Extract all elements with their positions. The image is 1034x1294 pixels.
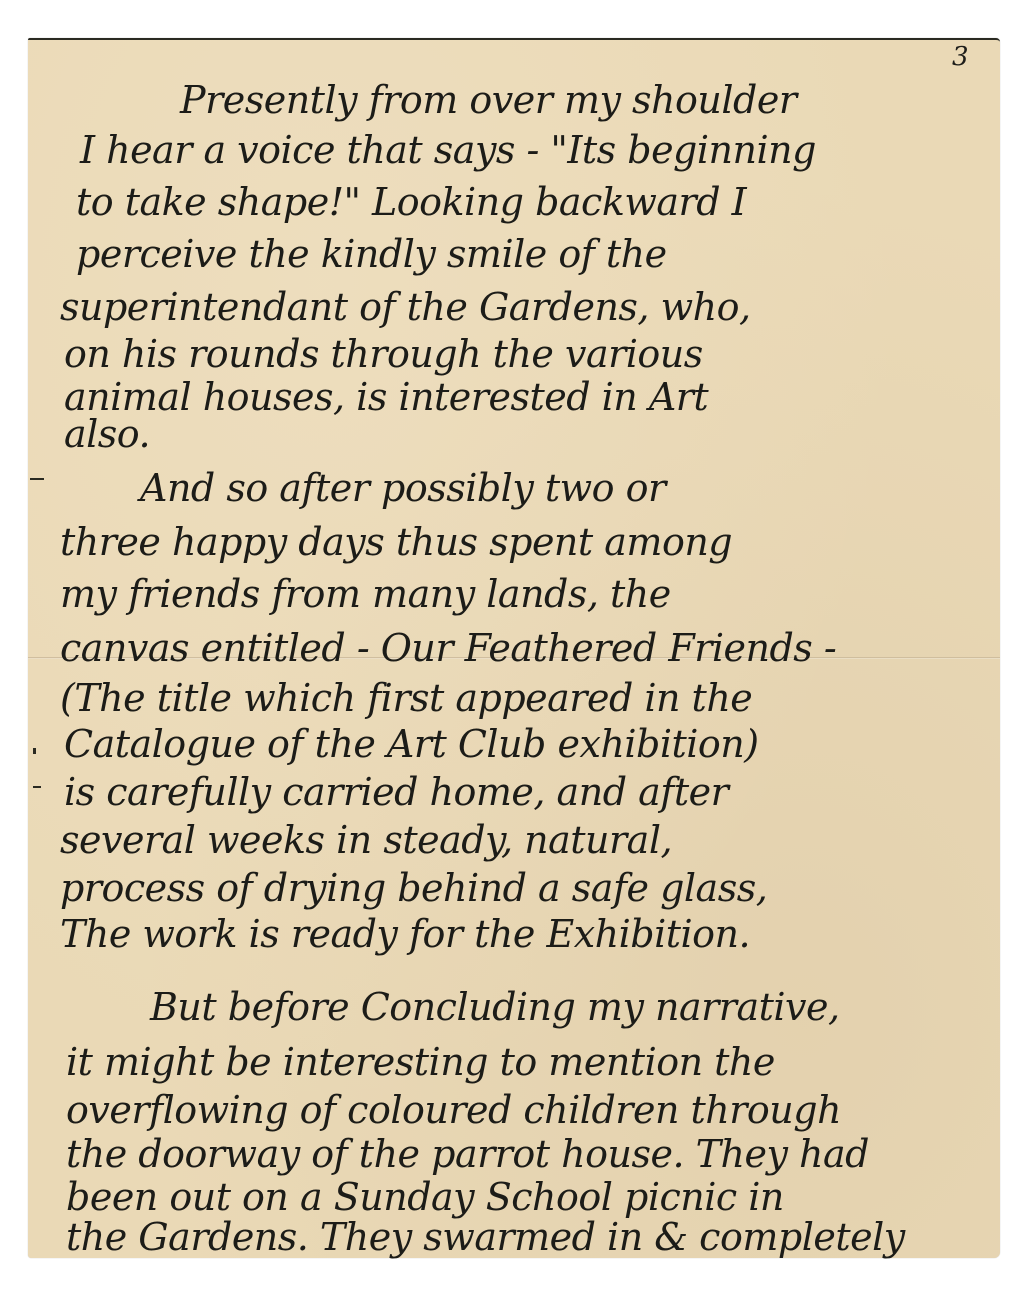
handwritten-line: superintendant of the Gardens, who,	[60, 285, 751, 329]
handwritten-line: I hear a voice that says - "Its beginnin…	[80, 128, 816, 172]
handwritten-line: on his rounds through the various	[64, 332, 703, 376]
handwritten-line: the doorway of the parrot house. They ha…	[66, 1132, 869, 1176]
handwritten-line: The work is ready for the Exhibition.	[60, 912, 750, 956]
handwritten-line: (The title which first appeared in the	[60, 676, 752, 720]
handwritten-line: And so after possibly two or	[140, 466, 666, 510]
handwritten-line: also.	[64, 412, 150, 456]
handwritten-line: overflowing of coloured children through	[66, 1088, 841, 1132]
margin-mark	[33, 786, 41, 788]
handwritten-line: the Gardens. They swarmed in & completel…	[66, 1215, 905, 1259]
margin-mark	[33, 748, 36, 754]
handwritten-line: But before Concluding my narrative,	[150, 985, 840, 1029]
handwritten-line: perceive the kindly smile of the	[76, 232, 667, 276]
handwritten-line: my friends from many lands, the	[60, 572, 671, 616]
handwritten-line: animal houses, is interested in Art	[64, 375, 708, 419]
handwritten-line: three happy days thus spent among	[60, 520, 732, 564]
handwritten-line: process of drying behind a safe glass,	[60, 866, 767, 910]
handwritten-line: several weeks in steady, natural,	[60, 818, 672, 862]
handwritten-line: to take shape!" Looking backward I	[76, 180, 746, 224]
handwritten-line: canvas entitled - Our Feathered Friends …	[60, 626, 836, 670]
handwritten-line: it might be interesting to mention the	[66, 1040, 775, 1084]
handwritten-line: Presently from over my shoulder	[180, 78, 797, 122]
handwritten-line: is carefully carried home, and after	[64, 770, 728, 814]
handwritten-line: Catalogue of the Art Club exhibition)	[64, 722, 759, 766]
margin-mark	[30, 478, 44, 480]
handwritten-line: been out on a Sunday School picnic in	[66, 1175, 784, 1219]
page-number: 3	[952, 42, 969, 72]
